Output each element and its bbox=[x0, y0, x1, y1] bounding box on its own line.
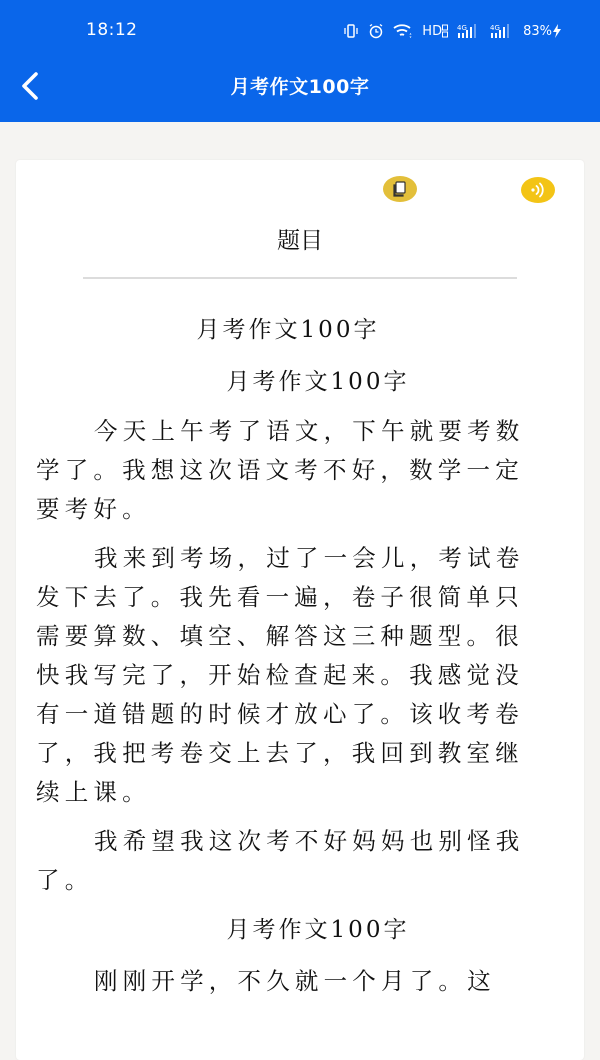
page-title: 月考作文100字 bbox=[0, 72, 600, 99]
speaker-icon bbox=[528, 181, 548, 199]
essay-subheading: 月考作文100字 bbox=[36, 910, 540, 950]
svg-text:4G: 4G bbox=[457, 24, 467, 32]
battery-level: 83% bbox=[523, 24, 552, 39]
hd-icon: HD bbox=[422, 24, 448, 39]
section-title: 题目 bbox=[16, 222, 584, 255]
read-aloud-button[interactable] bbox=[521, 177, 555, 203]
divider bbox=[83, 277, 517, 279]
essay-paragraph: 我希望我这次考不好妈妈也别怪我了。 bbox=[36, 822, 540, 900]
essay-subheading: 月考作文100字 bbox=[36, 362, 540, 402]
svg-text:4G: 4G bbox=[490, 24, 500, 32]
status-icons: HD 4G 4G 83% bbox=[343, 20, 562, 42]
battery-indicator: 83% bbox=[523, 23, 562, 39]
nav-bar: 月考作文100字 bbox=[0, 58, 600, 118]
wifi-icon bbox=[393, 23, 413, 39]
app-header: 18:12 HD 4G 4G 83% bbox=[0, 0, 600, 122]
vibrate-icon bbox=[343, 23, 359, 39]
status-bar: 18:12 HD 4G 4G 83% bbox=[0, 0, 600, 60]
alarm-icon bbox=[368, 23, 384, 39]
copy-icon bbox=[391, 180, 409, 198]
signal-4g-icon-2: 4G bbox=[490, 23, 514, 39]
essay-paragraph: 我来到考场，过了一会儿，考试卷发下去了。我先看一遍，卷子很简单只需要算数、填空、… bbox=[36, 539, 540, 812]
copy-button[interactable] bbox=[383, 176, 417, 202]
essay-card: 题目 月考作文100字 月考作文100字 今天上午考了语文，下午就要考数学了。我… bbox=[16, 160, 584, 1030]
charging-icon bbox=[552, 23, 562, 39]
essay-paragraph: 今天上午考了语文，下午就要考数学了。我想这次语文考不好，数学一定要考好。 bbox=[36, 412, 540, 529]
signal-4g-icon: 4G bbox=[457, 23, 481, 39]
status-time: 18:12 bbox=[86, 20, 138, 40]
essay-content: 月考作文100字 月考作文100字 今天上午考了语文，下午就要考数学了。我想这次… bbox=[36, 310, 540, 1011]
essay-heading: 月考作文100字 bbox=[36, 310, 540, 350]
essay-paragraph: 刚刚开学，不久就一个月了。这 bbox=[36, 962, 540, 1001]
